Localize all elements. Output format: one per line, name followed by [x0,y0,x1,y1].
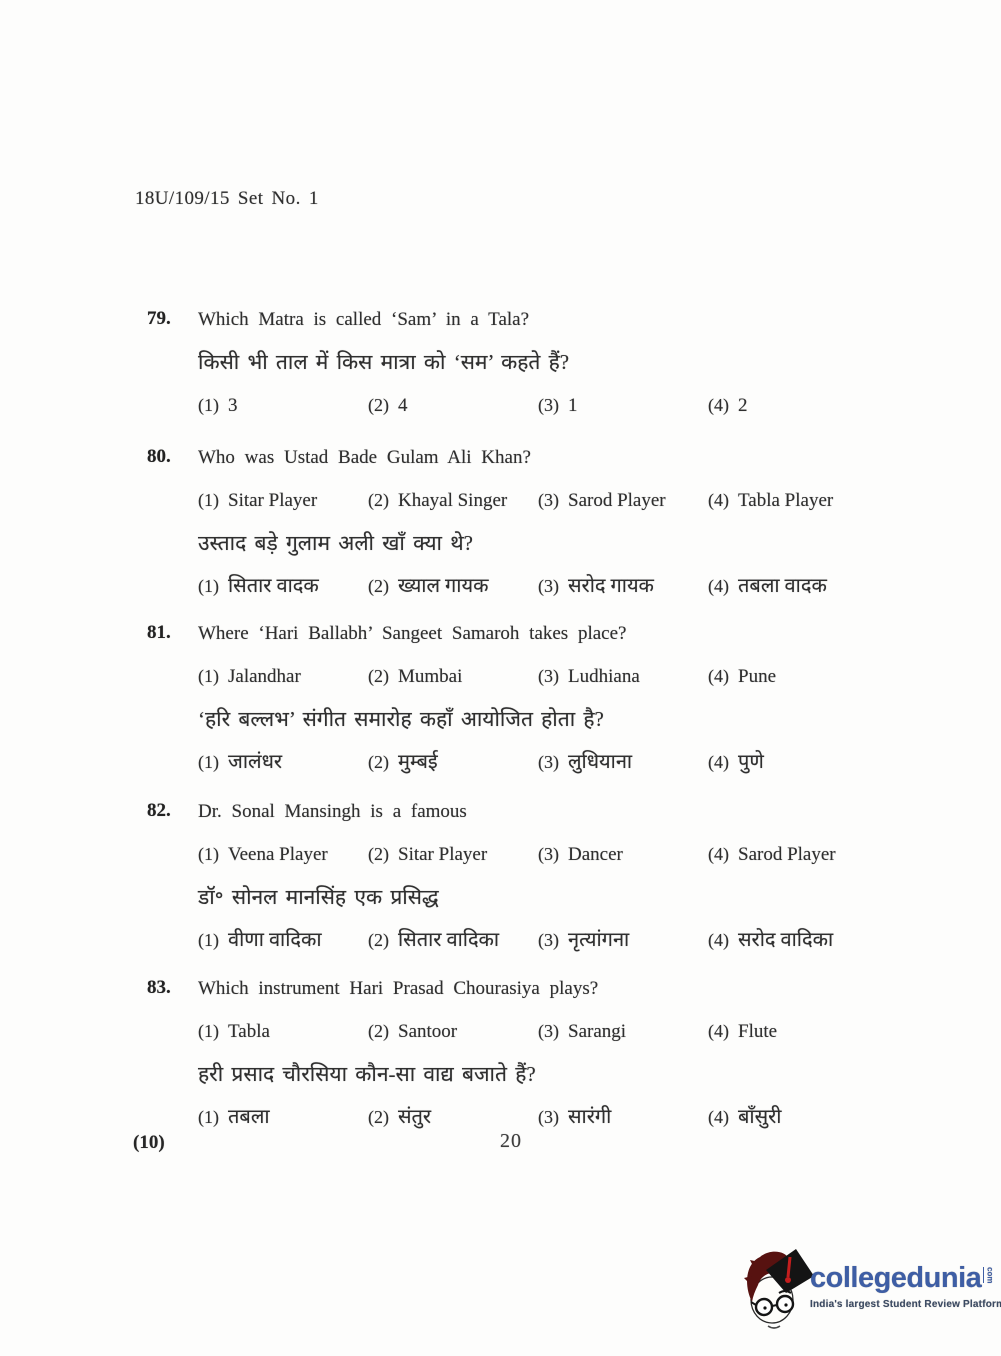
option-label: सितार वादक [228,571,319,614]
question-81: 81.Where ‘Hari Ballabh’ Sangeet Samaroh … [0,618,1001,790]
option: (3)सरोद गायक [538,571,708,614]
option-number: (1) [198,571,219,614]
option-number: (1) [198,1102,219,1145]
option-number: (1) [198,390,219,433]
option: (2)सितार वादिका [368,925,538,968]
option-number: (2) [368,747,389,790]
option: (3)Sarangi [538,1016,708,1059]
option-number: (4) [708,390,729,433]
option-label: तबला [228,1102,270,1145]
option-label: Sarod Player [738,839,836,882]
option-label: सरोद वादिका [738,925,833,968]
option: (1)Sitar Player [198,485,368,528]
question-text-en: Which instrument Hari Prasad Chourasiya … [198,973,1001,1016]
question-number: 82. [147,800,171,822]
options-row-en: (1)Tabla(2)Santoor(3)Sarangi(4)Flute [198,1016,1001,1059]
option-number: (2) [368,485,389,528]
option-number: (2) [368,1016,389,1059]
option-number: (4) [708,1016,729,1059]
option-label: पुणे [738,747,764,790]
option-label: Jalandhar [228,661,301,704]
option: (1)Veena Player [198,839,368,882]
question-83: 83.Which instrument Hari Prasad Chourasi… [0,973,1001,1145]
student-mascot-icon [742,1244,816,1336]
option-number: (4) [708,839,729,882]
option-number: (2) [368,925,389,968]
option-label: Mumbai [398,661,462,704]
option-number: (3) [538,485,559,528]
option-label: Sitar Player [228,485,317,528]
option: (1)Tabla [198,1016,368,1059]
option: (3)Ludhiana [538,661,708,704]
option-label: 2 [738,390,748,433]
option: (1)3 [198,390,368,433]
option-label: Pune [738,661,776,704]
option-number: (2) [368,661,389,704]
question-text-en: Who was Ustad Bade Gulam Ali Khan? [198,442,1001,485]
option: (4)बाँसुरी [708,1102,1001,1145]
option: (2)ख्याल गायक [368,571,538,614]
option: (4)तबला वादक [708,571,1001,614]
option-label: जालंधर [228,747,282,790]
option: (3)1 [538,390,708,433]
option: (2)Mumbai [368,661,538,704]
option-number: (2) [368,1102,389,1145]
options-row-hi: (1)सितार वादक(2)ख्याल गायक(3)सरोद गायक(4… [198,571,1001,614]
option: (1)तबला [198,1102,368,1145]
option: (1)वीणा वादिका [198,925,368,968]
option-label: Sarod Player [568,485,666,528]
question-text-en: Dr. Sonal Mansingh is a famous [198,796,1001,839]
option: (3)Dancer [538,839,708,882]
option: (1)Jalandhar [198,661,368,704]
option-label: तबला वादक [738,571,827,614]
option: (2)मुम्बई [368,747,538,790]
question-number: 80. [147,446,171,468]
option-number: (3) [538,661,559,704]
option-number: (2) [368,390,389,433]
option-number: (1) [198,839,219,882]
options-row-en: (1)Jalandhar(2)Mumbai(3)Ludhiana(4)Pune [198,661,1001,704]
question-text-en: Which Matra is called ‘Sam’ in a Tala? [198,304,1001,347]
option: (4)Pune [708,661,1001,704]
option-label: Santoor [398,1016,457,1059]
options-row-hi: (1)वीणा वादिका(2)सितार वादिका(3)नृत्यांग… [198,925,1001,968]
option-label: Tabla Player [738,485,833,528]
options-row-hi: (1)जालंधर(2)मुम्बई(3)लुधियाना(4)पुणे [198,747,1001,790]
option: (4)Tabla Player [708,485,1001,528]
question-82: 82.Dr. Sonal Mansingh is a famous(1)Veen… [0,796,1001,968]
question-text-hi: उस्ताद बड़े गुलाम अली खाँ क्या थे? [198,528,1001,571]
option: (1)जालंधर [198,747,368,790]
question-text-hi: किसी भी ताल में किस मात्रा को ‘सम’ कहते … [198,347,1001,390]
option-number: (3) [538,1016,559,1059]
option-label: Flute [738,1016,777,1059]
option: (4)2 [708,390,1001,433]
option-label: 3 [228,390,238,433]
question-79: 79.Which Matra is called ‘Sam’ in a Tala… [0,304,1001,433]
question-text-hi: ‘हरि बल्लभ’ संगीत समारोह कहाँ आयोजित होत… [198,704,1001,747]
logo-text: collegedunia com India's largest Student… [810,1264,1001,1310]
option-label: मुम्बई [398,747,438,790]
option: (3)Sarod Player [538,485,708,528]
options-row-hi: (1)तबला(2)संतुर(3)सारंगी(4)बाँसुरी [198,1102,1001,1145]
option: (4)सरोद वादिका [708,925,1001,968]
option-label: सरोद गायक [568,571,654,614]
option-label: संतुर [398,1102,431,1145]
page-number: 20 [500,1130,522,1153]
option-label: वीणा वादिका [228,925,322,968]
option-number: (4) [708,747,729,790]
option-number: (4) [708,571,729,614]
option-label: Ludhiana [568,661,640,704]
option: (4)Sarod Player [708,839,1001,882]
option-label: 4 [398,390,408,433]
option-label: Tabla [228,1016,270,1059]
question-text-en: Where ‘Hari Ballabh’ Sangeet Samaroh tak… [198,618,1001,661]
option: (2)Santoor [368,1016,538,1059]
option-number: (1) [198,747,219,790]
option-label: Veena Player [228,839,328,882]
option: (1)सितार वादक [198,571,368,614]
option: (3)लुधियाना [538,747,708,790]
options-row-en: (1)3(2)4(3)1(4)2 [198,390,1001,433]
options-row-en: (1)Sitar Player(2)Khayal Singer(3)Sarod … [198,485,1001,528]
brand-name: collegedunia [810,1264,981,1293]
question-text-hi: डॉ॰ सोनल मानसिंह एक प्रसिद्ध [198,882,1001,925]
option-number: (3) [538,747,559,790]
question-text-hi: हरी प्रसाद चौरसिया कौन-सा वाद्य बजाते है… [198,1059,1001,1102]
question-number: 83. [147,977,171,999]
option: (4)Flute [708,1016,1001,1059]
question-80: 80.Who was Ustad Bade Gulam Ali Khan?(1)… [0,442,1001,614]
option-number: (4) [708,485,729,528]
option-label: 1 [568,390,578,433]
option-label: Khayal Singer [398,485,507,528]
brand-tld: com [983,1267,993,1283]
option-number: (1) [198,925,219,968]
option-number: (3) [538,390,559,433]
option: (3)नृत्यांगना [538,925,708,968]
option: (2)Khayal Singer [368,485,538,528]
option-number: (3) [538,925,559,968]
option-number: (4) [708,1102,729,1145]
option-label: बाँसुरी [738,1102,781,1145]
question-number: 79. [147,308,171,330]
option: (4)पुणे [708,747,1001,790]
option-label: नृत्यांगना [568,925,629,968]
footer-section-number: (10) [133,1132,165,1154]
option: (2)4 [368,390,538,433]
question-number: 81. [147,622,171,644]
option-number: (3) [538,1102,559,1145]
option: (3)सारंगी [538,1102,708,1145]
option-label: लुधियाना [568,747,632,790]
option-number: (2) [368,839,389,882]
option-label: सितार वादिका [398,925,499,968]
option-label: ख्याल गायक [398,571,488,614]
options-row-en: (1)Veena Player(2)Sitar Player(3)Dancer(… [198,839,1001,882]
option-number: (4) [708,661,729,704]
option-number: (3) [538,839,559,882]
option-label: Dancer [568,839,623,882]
option-number: (4) [708,925,729,968]
option-number: (1) [198,661,219,704]
option-label: Sarangi [568,1016,626,1059]
exam-paper-page: 18U/109/15 Set No. 1 79.Which Matra is c… [0,0,1001,1356]
option-number: (1) [198,1016,219,1059]
brand-tagline: India's largest Student Review Platform [810,1299,1001,1310]
option-label: Sitar Player [398,839,487,882]
option-number: (3) [538,571,559,614]
option-number: (2) [368,571,389,614]
option-label: सारंगी [568,1102,611,1145]
option: (2)Sitar Player [368,839,538,882]
collegedunia-logo: collegedunia com India's largest Student… [742,1242,982,1338]
option-number: (1) [198,485,219,528]
